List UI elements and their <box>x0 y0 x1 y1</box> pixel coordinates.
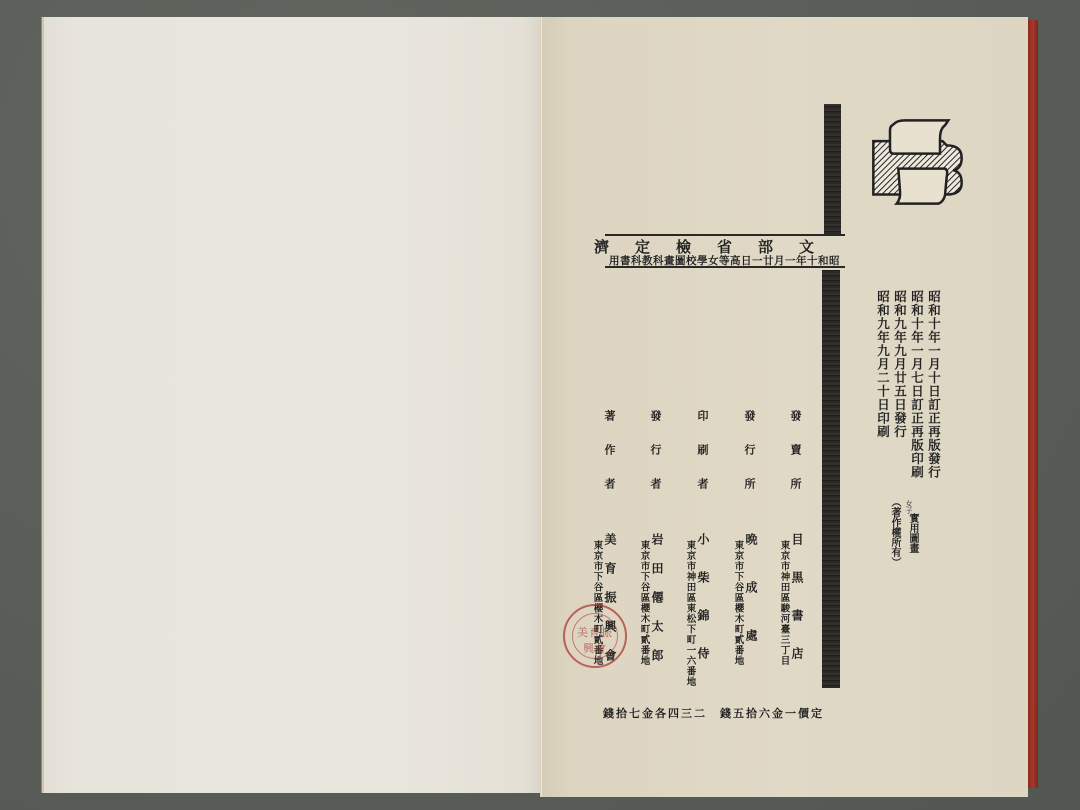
left-page-blank <box>42 17 544 793</box>
history-line-4: 昭和九年九月二十日印刷 <box>876 290 889 439</box>
name-meguro-shoten: 目黒書店 <box>791 533 803 685</box>
vertical-rule-lower <box>822 270 840 688</box>
copyright-note: （著作權所有） <box>889 497 899 567</box>
book-title: 實用圖畫 <box>907 513 917 553</box>
address-koshiba: 東京市神田區東松下町一六番地 <box>685 540 695 687</box>
name-koshiba: 小柴錦侍 <box>697 533 709 685</box>
publisher-mark-book-icon <box>860 112 975 212</box>
role-label-insatsusha: 印刷者 <box>697 410 708 512</box>
history-line-3: 昭和九年九月廿五日發行 <box>893 290 906 439</box>
red-cover-edge <box>1028 20 1038 788</box>
role-label-hatsubaijo: 發賣所 <box>790 410 801 512</box>
address-iwata: 東京市下谷區櫻木町貳番地 <box>639 540 649 666</box>
red-ink-seal: 美育振興會 <box>563 604 627 668</box>
role-label-chosakusha: 著作者 <box>604 410 615 512</box>
history-line-1: 昭和十年一月十日訂正再版發行 <box>927 290 940 479</box>
price-line: 定價一金六拾五錢 二三四各金七拾錢 <box>592 705 824 721</box>
name-iwata: 岩田僊太郎 <box>651 533 663 678</box>
role-label-hakkojo: 發行所 <box>744 410 755 512</box>
approval-subtitle: 昭和十年一月廿一日高等女學校圖畫科教科書用 <box>610 253 840 268</box>
seal-text: 美育振興會 <box>573 624 617 656</box>
address-meguro-shoten: 東京市神田區駿河臺三丁目 <box>779 540 789 666</box>
name-bansei-sho: 晩成處 <box>745 533 757 677</box>
book-title-small: 女子 <box>905 500 912 514</box>
role-label-hakkosha: 發行者 <box>650 410 661 512</box>
address-bansei-sho: 東京市下谷區櫻木町貳番地 <box>733 540 743 666</box>
vertical-rule-upper <box>824 104 841 234</box>
history-line-2: 昭和十年一月七日訂正再版印刷 <box>910 290 923 479</box>
